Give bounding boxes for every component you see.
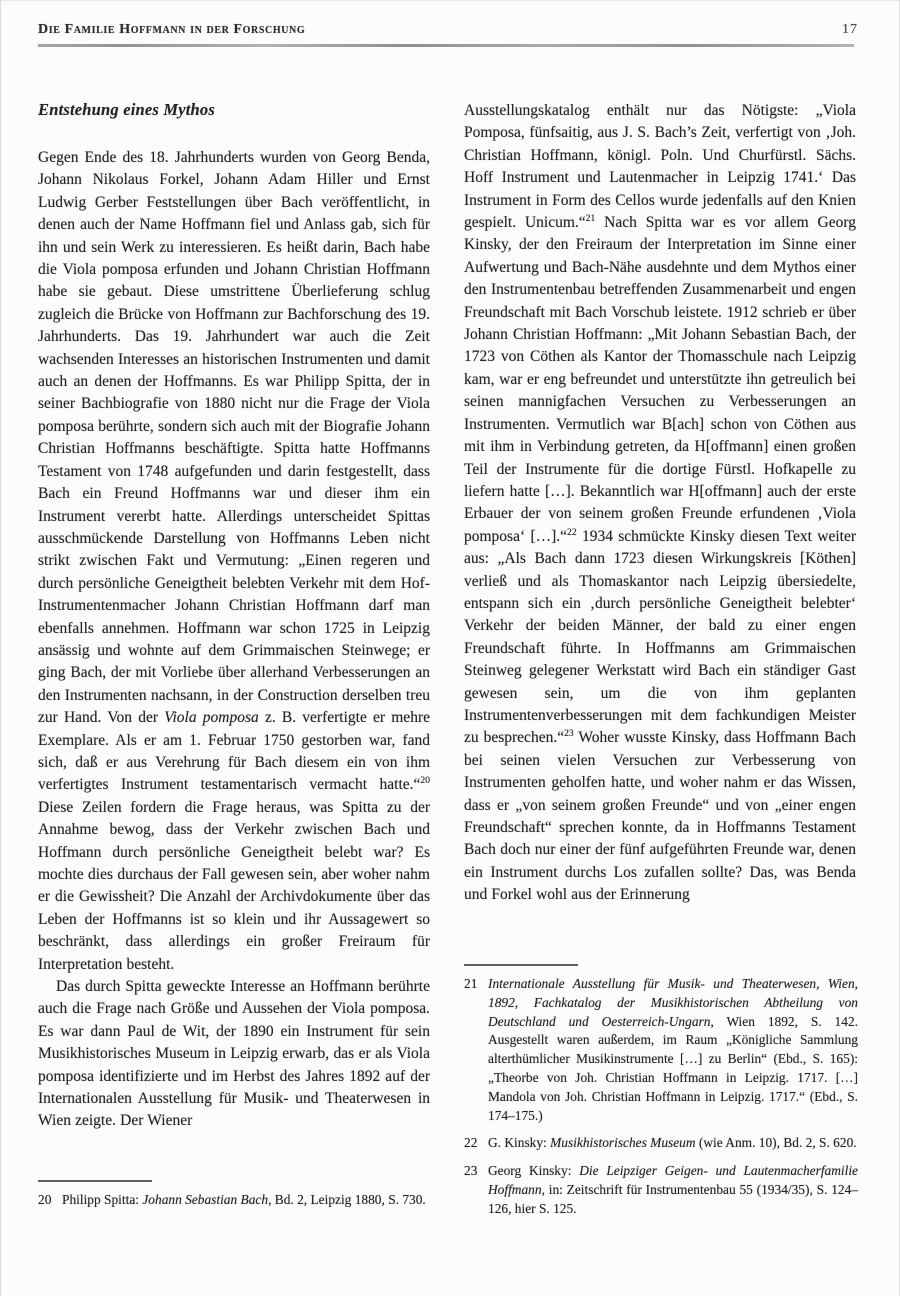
running-title: Die Familie Hoffmann in der Forschung: [38, 22, 305, 38]
page-number: 17: [842, 22, 858, 38]
page-header: Die Familie Hoffmann in der Forschung 17: [38, 22, 858, 38]
footnote-number: 23: [464, 1162, 488, 1218]
footnote: 20 Philipp Spitta: Johann Sebastian Bach…: [38, 1191, 432, 1210]
footnote-text: Georg Kinsky: Die Leipziger Geigen- und …: [488, 1162, 858, 1218]
right-column: Ausstellungskatalog enthält nur das Nöti…: [464, 100, 856, 907]
header-rule: [38, 44, 854, 47]
footnote-number: 20: [38, 1191, 62, 1210]
body-paragraph: Gegen Ende des 18. Jahrhunderts wurden v…: [38, 147, 430, 976]
footnote-separator: [38, 1180, 152, 1182]
left-column: Entstehung eines Mythos Gegen Ende des 1…: [38, 100, 430, 1133]
footnote-number: 22: [464, 1134, 488, 1153]
footnote: 23 Georg Kinsky: Die Leipziger Geigen- u…: [464, 1162, 858, 1218]
footnote-separator: [464, 964, 578, 966]
footnote-text: Internationale Ausstellung für Musik- un…: [488, 975, 858, 1125]
footnote: 22 G. Kinsky: Musikhistorisches Museum (…: [464, 1134, 858, 1153]
footnote: 21 Internationale Ausstellung für Musik-…: [464, 975, 858, 1125]
section-heading: Entstehung eines Mythos: [38, 100, 430, 120]
footnote-text: G. Kinsky: Musikhistorisches Museum (wie…: [488, 1134, 858, 1153]
left-footnote-block: 20 Philipp Spitta: Johann Sebastian Bach…: [38, 1180, 432, 1219]
body-paragraph: Das durch Spitta geweckte Interesse an H…: [38, 976, 430, 1133]
right-footnote-block: 21 Internationale Ausstellung für Musik-…: [464, 964, 858, 1228]
footnote-text: Philipp Spitta: Johann Sebastian Bach, B…: [62, 1191, 432, 1210]
body-paragraph: Ausstellungskatalog enthält nur das Nöti…: [464, 100, 856, 907]
scanned-book-page: Die Familie Hoffmann in der Forschung 17…: [0, 0, 900, 1296]
footnote-number: 21: [464, 975, 488, 1125]
